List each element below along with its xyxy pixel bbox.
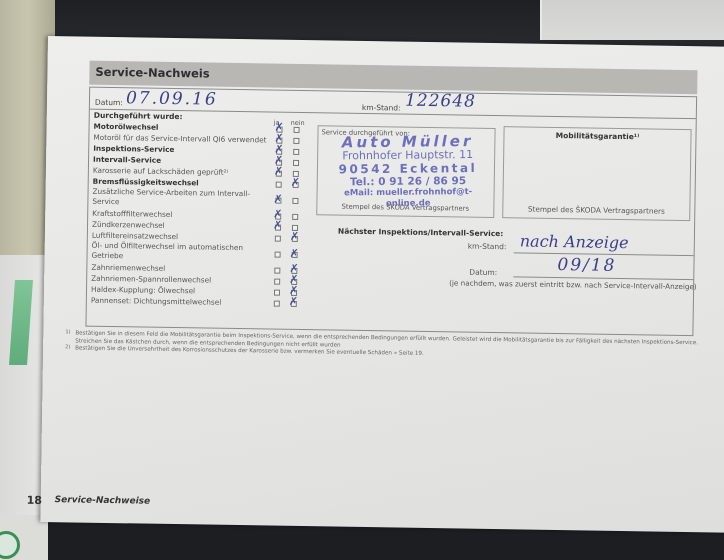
next-service-km-label: km-Stand: [468, 242, 507, 252]
mobility-guarantee-box: Mobilitätsgarantie¹⁾ Stempel des ŠKODA V… [502, 126, 691, 221]
performed-heading: Durchgeführt wurde: [94, 111, 183, 121]
checkbox-yes[interactable] [274, 279, 280, 285]
checklist-item-label: Öl- und Ölfilterwechsel im automatischen… [91, 241, 265, 263]
stamp-city: 90542 Eckental [324, 161, 492, 177]
section-title: Service-Nachweis [95, 65, 209, 81]
footnotes: 1)Bestätigen Sie in diesem Feld die Mobi… [63, 330, 723, 363]
next-service-date-field[interactable]: 09/18 [557, 255, 616, 276]
checklist-item-label: Zusätzliche Service-Arbeiten zum Interva… [92, 187, 266, 209]
checklist-item-label: Pannenset: Dichtungsmittelwechsel [91, 295, 222, 308]
date-label: Datum: [95, 98, 123, 107]
check-mark-icon: ✗ [291, 177, 300, 189]
checkbox-no[interactable] [293, 138, 299, 144]
check-mark-icon: ✗ [290, 248, 299, 260]
mileage-field[interactable]: 122648 [405, 91, 476, 112]
service-record-form: Datum: 07.09.16 km-Stand: 122648 Durchge… [85, 87, 697, 337]
next-service-title: Nächster Inspektions/Intervall-Service: [338, 227, 503, 239]
footnote-marker: 1) [65, 329, 70, 337]
checkbox-yes[interactable] [274, 290, 280, 296]
checkbox-no[interactable] [292, 198, 298, 204]
mileage-label: km-Stand: [362, 103, 401, 113]
check-mark-icon: ✗ [289, 296, 298, 308]
next-service-date-label: Datum: [469, 268, 497, 277]
mobility-guarantee-title: Mobilitätsgarantie¹⁾ [504, 130, 690, 142]
footnote-marker: 2) [65, 344, 70, 352]
service-checklist: Motorölwechsel✗Motoröl für das Service-I… [87, 121, 315, 310]
dealer-stamp-box: Service durchgeführt von: Auto Müller Fr… [316, 125, 495, 218]
check-mark-icon: ✗ [274, 166, 283, 178]
checkbox-yes[interactable] [276, 182, 282, 188]
checkbox-no[interactable] [293, 149, 299, 155]
checklist-row: Pannenset: Dichtungsmittelwechsel✗ [87, 295, 312, 310]
checklist-row: Öl- und Ölfilterwechsel im automatischen… [87, 241, 265, 265]
next-service-note: (je nachdem, was zuerst eintritt bzw. na… [449, 278, 697, 291]
skoda-logo-icon [0, 531, 20, 559]
page-section-title: Service-Nachweise [55, 495, 151, 506]
check-mark-icon: ✗ [273, 220, 282, 232]
date-field[interactable]: 07.09.16 [126, 88, 218, 109]
page-footer: 18 Service-Nachweise [41, 494, 241, 497]
checkbox-no[interactable] [292, 214, 298, 220]
checkbox-yes[interactable] [274, 268, 280, 274]
checklist-row: Zusätzliche Service-Arbeiten zum Interva… [88, 187, 266, 211]
checkbox-no[interactable] [294, 127, 300, 133]
checkbox-yes[interactable] [274, 301, 280, 307]
stamp-box-caption: Stempel des ŠKODA Vertragspartners [317, 202, 493, 213]
page-number: 18 [27, 494, 43, 507]
mobility-stamp-caption: Stempel des ŠKODA Vertragspartners [503, 204, 689, 216]
background-paper-sheet [540, 0, 724, 40]
check-mark-icon: ✗ [290, 231, 299, 243]
checkbox-yes[interactable] [275, 252, 281, 258]
checkbox-yes[interactable] [275, 236, 281, 242]
checkbox-no[interactable] [293, 160, 299, 166]
service-booklet-page: Service-Nachweis Datum: 07.09.16 km-Stan… [40, 36, 724, 533]
dealer-stamp: Auto Müller Frohnhofer Hauptstr. 11 9054… [324, 133, 493, 211]
check-mark-icon: ✗ [273, 194, 282, 206]
next-service-km-field[interactable]: nach Anzeige [520, 231, 629, 252]
